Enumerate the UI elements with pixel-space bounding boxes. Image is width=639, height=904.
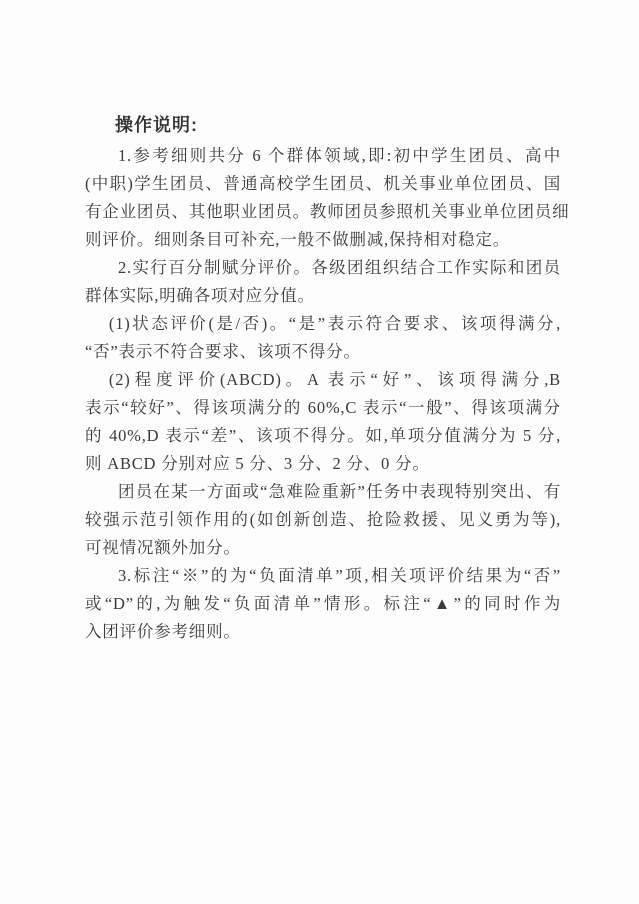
- paragraph-line: 可视情况额外加分。: [85, 534, 561, 562]
- paragraph-line: 有企业团员、其他职业团员。教师团员参照机关事业单位团员细: [85, 198, 561, 226]
- paragraph-line: 2.实行百分制赋分评价。各级团组织结合工作实际和团员: [85, 254, 561, 282]
- paragraph: 2.实行百分制赋分评价。各级团组织结合工作实际和团员群体实际,明确各项对应分值。: [85, 254, 561, 310]
- paragraph: (2)程度评价(ABCD)。A 表示“好”、该项得满分,B表示“较好”、得该项满…: [85, 366, 561, 478]
- paragraph: 1.参考细则共分 6 个群体领域,即:初中学生团员、高中(中职)学生团员、普通高…: [85, 142, 561, 254]
- paragraph-line: (中职)学生团员、普通高校学生团员、机关事业单位团员、国: [85, 170, 561, 198]
- document-title: 操作说明:: [85, 110, 561, 140]
- paragraph: 团员在某一方面或“急难险重新”任务中表现特别突出、有较强示范引领作用的(如创新创…: [85, 478, 561, 562]
- paragraph-line: (1)状态评价(是/否)。“是”表示符合要求、该项得满分,: [85, 310, 561, 338]
- paragraph-line: 群体实际,明确各项对应分值。: [85, 282, 561, 310]
- paragraph-line: 则 ABCD 分别对应 5 分、3 分、2 分、0 分。: [85, 450, 561, 478]
- paragraph-line: 表示“较好”、得该项满分的 60%,C 表示“一般”、得该项满分: [85, 394, 561, 422]
- paragraph-line: 较强示范引领作用的(如创新创造、抢险救援、见义勇为等),: [85, 506, 561, 534]
- paragraph-line: 或“D”的,为触发“负面清单”情形。标注“▲”的同时作为: [85, 590, 561, 618]
- paragraph-line: 入团评价参考细则。: [85, 618, 561, 646]
- paragraph: 3.标注“※”的为“负面清单”项,相关项评价结果为“否”或“D”的,为触发“负面…: [85, 562, 561, 646]
- paragraph-line: (2)程度评价(ABCD)。A 表示“好”、该项得满分,B: [85, 366, 561, 394]
- paragraph: (1)状态评价(是/否)。“是”表示符合要求、该项得满分,“否”表示不符合要求、…: [85, 310, 561, 366]
- document-page: 操作说明: 1.参考细则共分 6 个群体领域,即:初中学生团员、高中(中职)学生…: [85, 110, 561, 646]
- paragraph-line: 3.标注“※”的为“负面清单”项,相关项评价结果为“否”: [85, 562, 561, 590]
- paragraph-line: 团员在某一方面或“急难险重新”任务中表现特别突出、有: [85, 478, 561, 506]
- paragraph-line: 的 40%,D 表示“差”、该项不得分。如,单项分值满分为 5 分,: [85, 422, 561, 450]
- paragraph-line: 则评价。细则条目可补充,一般不做删减,保持相对稳定。: [85, 226, 561, 254]
- paragraph-line: “否”表示不符合要求、该项不得分。: [85, 338, 561, 366]
- document-paragraphs: 1.参考细则共分 6 个群体领域,即:初中学生团员、高中(中职)学生团员、普通高…: [85, 142, 561, 646]
- paragraph-line: 1.参考细则共分 6 个群体领域,即:初中学生团员、高中: [85, 142, 561, 170]
